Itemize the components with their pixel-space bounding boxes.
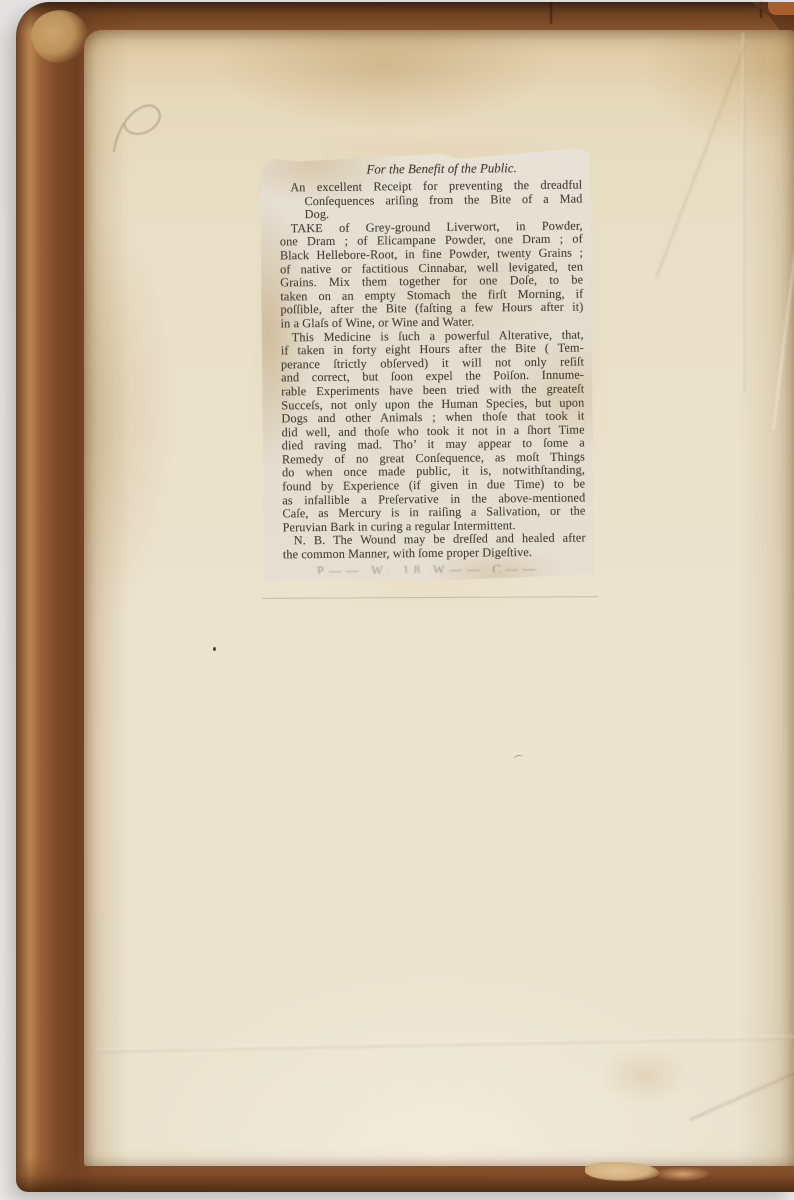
paper-crease xyxy=(689,1066,794,1122)
paper-crease xyxy=(742,32,745,392)
clipping-line: the common Manner, with ſome proper Dige… xyxy=(283,546,586,563)
clipping-line: P—— W. 18 W—— C—— xyxy=(283,562,586,574)
ink-speck xyxy=(513,754,524,763)
paper-crease xyxy=(655,44,746,278)
clipping-heading: For the Benefit of the Public. xyxy=(279,161,582,179)
book-cover-leather: For the Benefit of the Public. An excell… xyxy=(16,2,794,1192)
leather-crack xyxy=(550,2,552,24)
paper-crease xyxy=(772,241,794,430)
paper-crease xyxy=(96,1035,794,1053)
news-clipping: For the Benefit of the Public. An excell… xyxy=(260,148,594,581)
ink-speck xyxy=(213,647,216,651)
bottom-edge-chip xyxy=(585,1162,659,1181)
pastedown-page: For the Benefit of the Public. An excell… xyxy=(84,30,794,1166)
mount-impression-line xyxy=(262,581,598,599)
pencil-mark xyxy=(100,86,200,178)
photo-stage: For the Benefit of the Public. An excell… xyxy=(0,0,794,1200)
leather-corner-orange xyxy=(768,2,794,15)
clipping-body: An excellent Receipt for preventing the … xyxy=(279,179,586,575)
bottom-edge-chip xyxy=(657,1167,709,1181)
